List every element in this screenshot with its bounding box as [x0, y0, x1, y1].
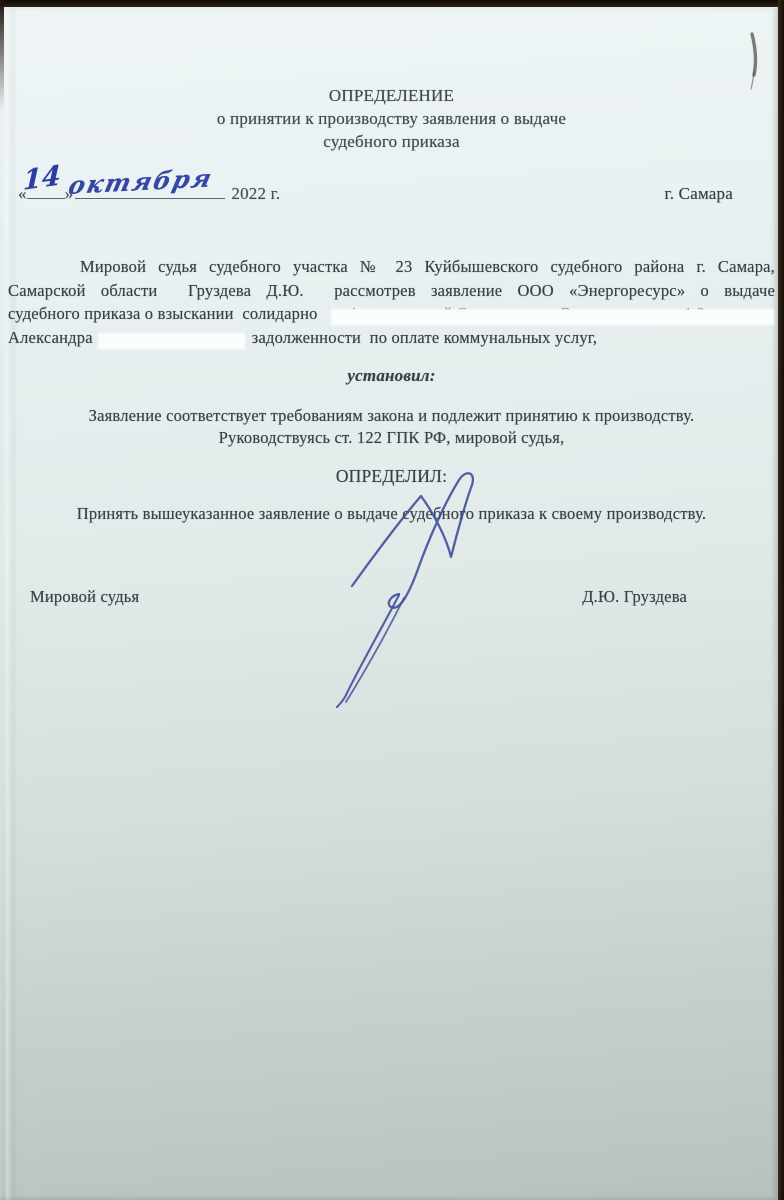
- photo-edge-left: [0, 0, 4, 110]
- statement-line-1: Заявление соответствует требованиям зако…: [8, 405, 775, 427]
- document-title: ОПРЕДЕЛЕНИЕ: [8, 84, 775, 107]
- photo-backdrop: ОПРЕДЕЛЕНИЕ о принятии к производству за…: [0, 0, 784, 1200]
- month-blank-underline: октября: [75, 184, 225, 199]
- body-line-4-end: задолженности по оплате коммунальных усл…: [252, 326, 598, 350]
- redaction-box-2: – — – –: [99, 329, 244, 346]
- redaction-box-1: с і вой С В 1 З: [332, 305, 773, 322]
- signature-stroke-tail2: [346, 598, 404, 702]
- document-content: ОПРЕДЕЛЕНИЕ о принятии к производству за…: [8, 6, 775, 607]
- body-line-2: Самарской области Груздева Д.Ю. рассмотр…: [8, 279, 775, 303]
- city-label: г. Самара: [665, 183, 733, 205]
- document-subtitle-line1: о принятии к производству заявления о вы…: [8, 107, 775, 130]
- handwritten-day: 14: [22, 165, 60, 193]
- photo-edge-top: [0, 0, 784, 7]
- resolution-line: Принять вышеуказанное заявление о выдаче…: [8, 503, 775, 525]
- date-line: «14»октября2022 г.: [18, 183, 280, 205]
- body-line-4: Александра – — – – задолженности по опла…: [8, 326, 775, 350]
- statement-line-2: Руководствуясь ст. 122 ГПК РФ, мировой с…: [8, 427, 775, 449]
- redaction-peek-text: В: [561, 302, 571, 326]
- photo-edge-right: [778, 0, 784, 1200]
- document-subtitle-line2: судебного приказа: [8, 130, 775, 153]
- ustanovil-heading: установил:: [8, 366, 775, 386]
- date-row: «14»октября2022 г. г. Самара: [8, 183, 775, 205]
- open-quote: «: [18, 184, 27, 203]
- body-paragraph: Мировой судья судебного участка № 23 Куй…: [8, 255, 775, 349]
- close-quote: »: [65, 184, 74, 203]
- judge-name-label: Д.Ю. Груздева: [582, 587, 687, 607]
- judge-title-label: Мировой судья: [30, 587, 139, 607]
- title-block: ОПРЕДЕЛЕНИЕ о принятии к производству за…: [8, 84, 775, 153]
- day-blank-underline: 14: [27, 184, 65, 199]
- signature-stroke-tail1: [337, 595, 399, 707]
- redaction-peek-text: 1 З: [685, 302, 706, 326]
- body-line-3: судебного приказа о взыскании солидарно …: [8, 302, 775, 326]
- body-line-3-text: судебного приказа о взыскании солидарно: [8, 302, 318, 326]
- redaction-peek-text: с і: [340, 302, 357, 326]
- redaction-peek-text: вой С: [429, 302, 468, 326]
- document-page: ОПРЕДЕЛЕНИЕ о принятии к производству за…: [0, 6, 779, 1200]
- typed-year: 2022 г.: [231, 184, 280, 203]
- handwritten-month: октября: [67, 167, 216, 197]
- opredelil-heading: ОПРЕДЕЛИЛ:: [8, 466, 775, 487]
- body-line-4-start: Александра: [8, 326, 93, 350]
- redaction-peek-text: – — – –: [113, 330, 166, 354]
- signature-row: Мировой судья Д.Ю. Груздева: [8, 587, 775, 607]
- body-line-1: Мировой судья судебного участка № 23 Куй…: [8, 255, 775, 279]
